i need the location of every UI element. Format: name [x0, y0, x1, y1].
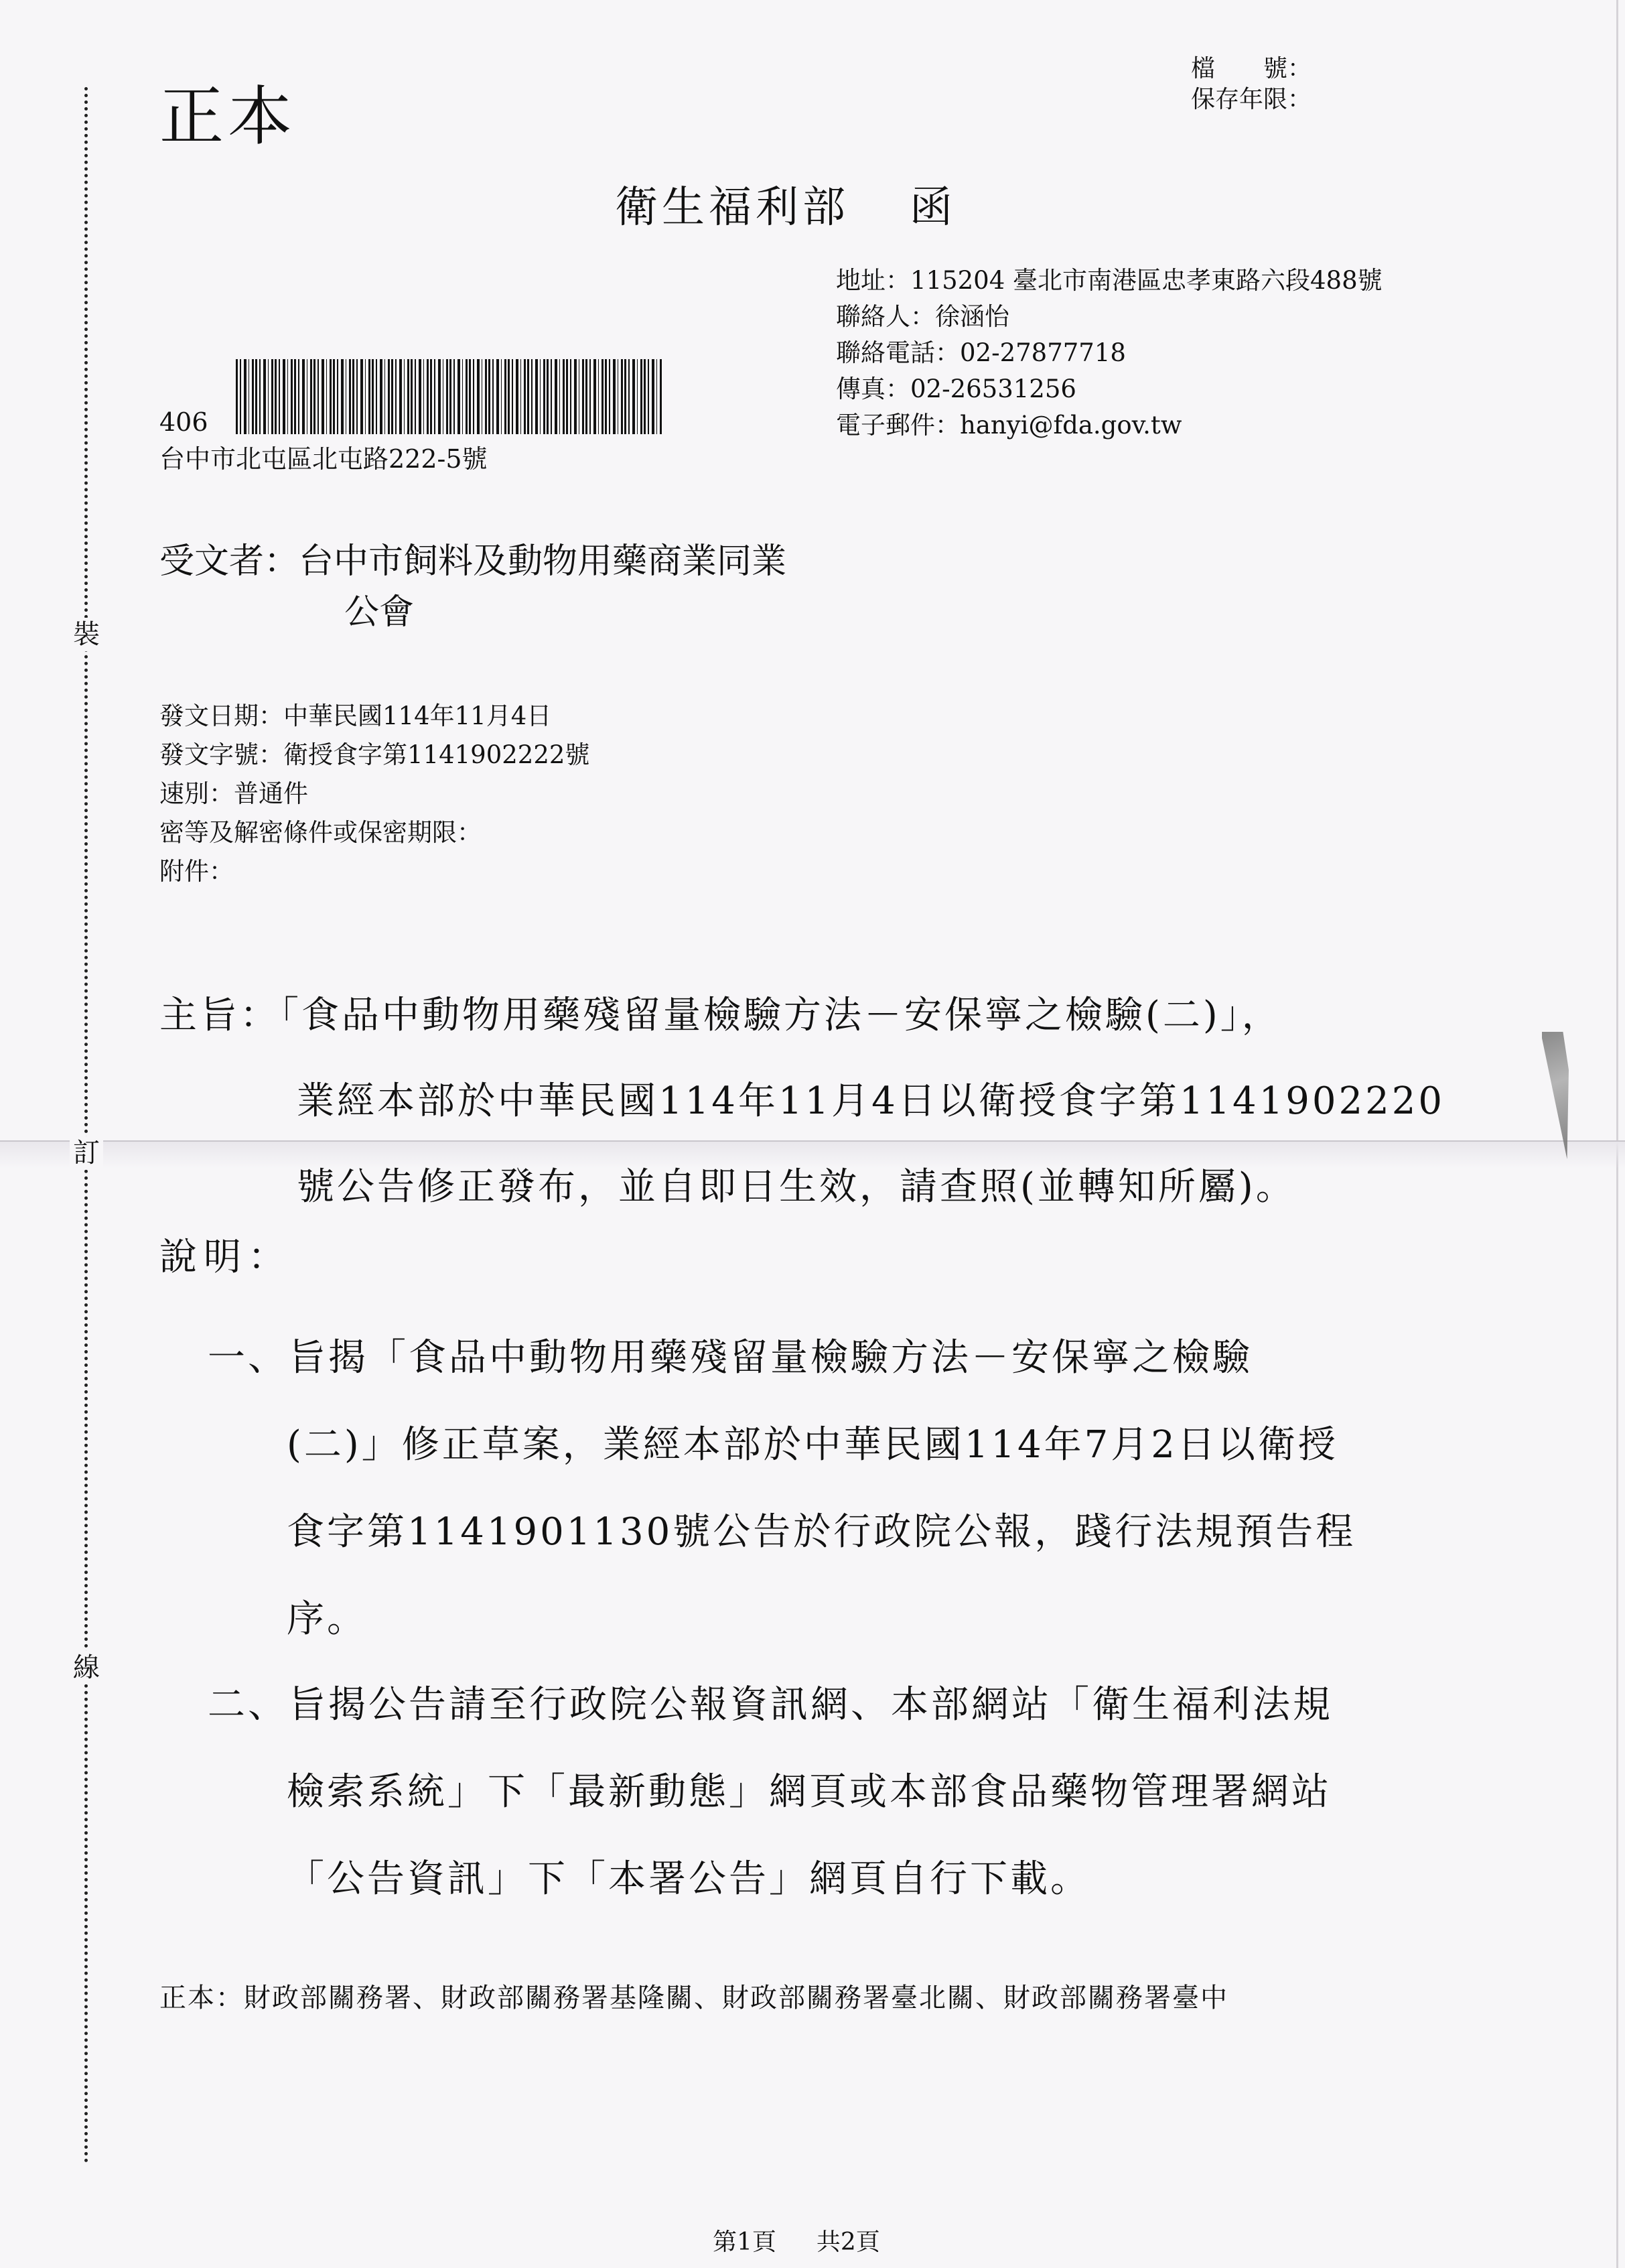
delivery-speed: 速別：普通件: [159, 775, 589, 813]
item-1-line-4: 序。: [208, 1576, 1356, 1663]
contact-email: 電子郵件：hanyi@fda.gov.tw: [836, 407, 1383, 444]
explanation-item-1: 一、旨揭「食品中動物用藥殘留量檢驗方法－安保寧之檢驗 (二)」修正草案，業經本部…: [208, 1315, 1356, 1663]
mail-barcode: [236, 359, 663, 434]
sender-contact-block: 地址：115204 臺北市南港區忠孝東路六段488號 聯絡人：徐涵怡 聯絡電話：…: [836, 263, 1383, 444]
subject-line-3: 號公告修正發布，並自即日生效，請查照(並轉知所屬)。: [159, 1144, 1445, 1230]
item-1-line-1: 一、旨揭「食品中動物用藥殘留量檢驗方法－安保寧之檢驗: [208, 1315, 1356, 1402]
issuing-agency: 衛生福利部: [615, 183, 849, 232]
attachments: 附件：: [159, 852, 589, 891]
recipient-block: 受文者：台中市飼料及動物用藥商業同業 公會: [159, 536, 786, 638]
binding-mark-xian: 線: [70, 1651, 103, 1684]
security-classification: 密等及解密條件或保密期限：: [159, 813, 589, 852]
contact-person: 聯絡人：徐涵怡: [836, 299, 1383, 335]
binding-dotted-line: [84, 87, 88, 2164]
retention-period-field: 保存年限：: [1191, 84, 1312, 115]
explanation-label: 說明：: [159, 1227, 292, 1281]
contact-fax: 傳真：02-26531256: [836, 371, 1383, 407]
item-2-line-1: 二、旨揭公告請至行政院公報資訊網、本部網站「衛生福利法規: [208, 1662, 1333, 1749]
subject-section: 主旨：「食品中動物用藥殘留量檢驗方法－安保寧之檢驗(二)」， 業經本部於中華民國…: [159, 973, 1445, 1230]
binding-mark-zhuang: 裝: [70, 618, 103, 651]
original-copy-mark: 正本: [159, 66, 296, 157]
document-number: 發文字號：衛授食字第1141902222號: [159, 736, 589, 775]
page-footer: 第1頁共2頁: [713, 2223, 880, 2257]
file-number-field: 檔 號：: [1191, 54, 1312, 84]
distribution-list: 正本：財政部關務署、財政部關務署基隆關、財政部關務署臺北關、財政部關務署臺中: [159, 1977, 1228, 2015]
page-total: 共2頁: [817, 2228, 880, 2256]
official-letter-page: 裝 訂 線 正本 檔 號： 保存年限： 衛生福利部函 地址：115204 臺北市…: [0, 0, 1625, 2268]
document-metadata: 發文日期：中華民國114年11月4日 發文字號：衛授食字第1141902222號…: [159, 697, 589, 891]
binding-mark-ding: 訂: [70, 1136, 103, 1170]
item-2-line-2: 檢索系統」下「最新動態」網頁或本部食品藥物管理署網站: [208, 1749, 1333, 1836]
paper-edge: [1616, 0, 1618, 2268]
item-2-line-3: 「公告資訊」下「本署公告」網頁自行下載。: [208, 1836, 1333, 1923]
sender-address: 地址：115204 臺北市南港區忠孝東路六段488號: [836, 263, 1383, 299]
issue-date: 發文日期：中華民國114年11月4日: [159, 697, 589, 736]
letter-title: 衛生福利部函: [615, 173, 957, 235]
contact-phone: 聯絡電話：02-27877718: [836, 335, 1383, 371]
recipient-label: 受文者：: [159, 541, 299, 582]
page-number: 第1頁: [713, 2228, 776, 2256]
recipient-name-line2: 公會: [159, 587, 786, 638]
recipient-postal-code: 406: [159, 407, 208, 437]
recipient-name-line1: 台中市飼料及動物用藥商業同業: [299, 541, 786, 582]
subject-line-2: 業經本部於中華民國114年11月4日以衛授食字第1141902220: [159, 1059, 1445, 1144]
document-type: 函: [910, 183, 957, 232]
explanation-item-2: 二、旨揭公告請至行政院公報資訊網、本部網站「衛生福利法規 檢索系統」下「最新動態…: [208, 1662, 1333, 1923]
recipient-mailing-address: 台中市北屯區北屯路222-5號: [159, 438, 488, 475]
subject-line-1: 主旨：「食品中動物用藥殘留量檢驗方法－安保寧之檢驗(二)」，: [159, 973, 1445, 1059]
item-1-line-3: 食字第1141901130號公告於行政院公報，踐行法規預告程: [208, 1489, 1356, 1576]
item-1-line-2: (二)」修正草案，業經本部於中華民國114年7月2日以衛授: [208, 1402, 1356, 1489]
